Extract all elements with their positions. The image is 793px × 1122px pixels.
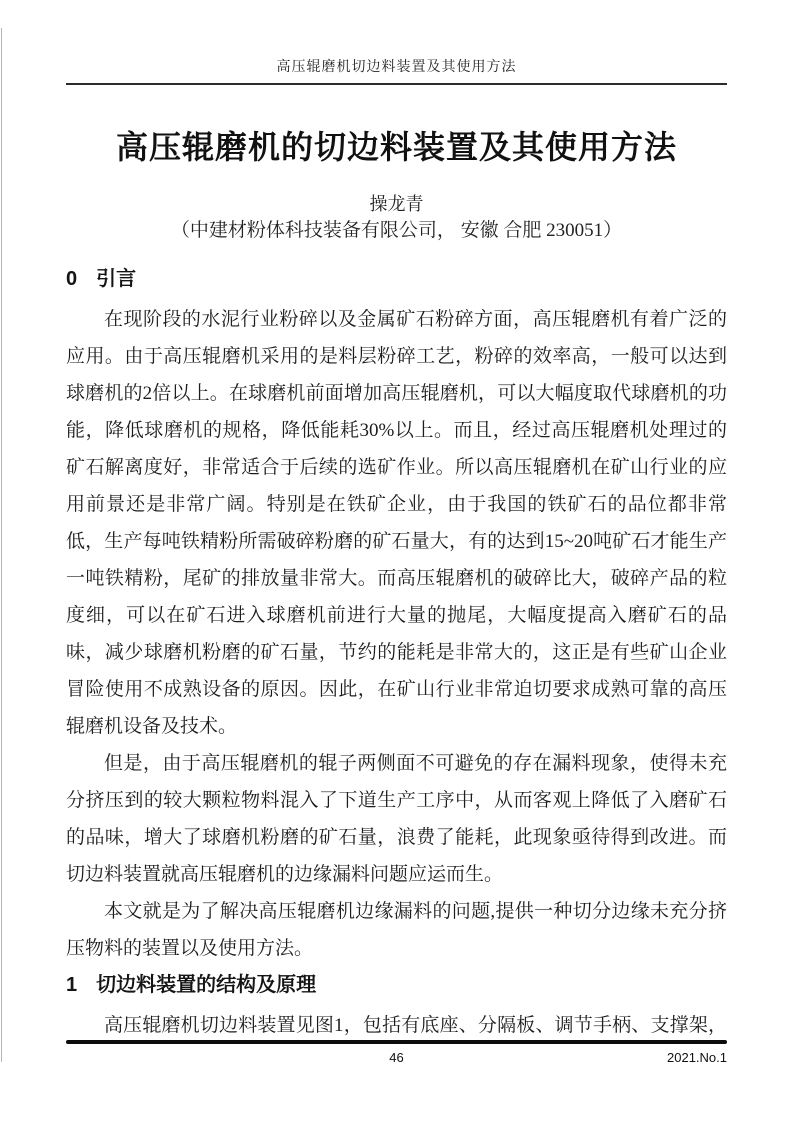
running-header: 高压辊磨机切边料装置及其使用方法 bbox=[66, 0, 727, 85]
scan-edge-artifact bbox=[1, 28, 2, 1062]
author-affiliation: （中建材粉体科技装备有限公司， 安徽 合肥 230051） bbox=[66, 218, 727, 244]
section-0-number: 0 bbox=[66, 265, 77, 293]
section-1-heading: 1切边料装置的结构及原理 bbox=[66, 971, 727, 999]
section-1-title: 切边料装置的结构及原理 bbox=[96, 974, 316, 996]
paragraph-intro-1: 在现阶段的水泥行业粉碎以及金属矿石粉碎方面，高压辊磨机有着广泛的应用。由于高压辊… bbox=[66, 301, 727, 745]
section-1-number: 1 bbox=[66, 971, 77, 999]
issue-label: 2021.No.1 bbox=[667, 1050, 727, 1065]
footer-rule bbox=[66, 1040, 727, 1044]
page-number: 46 bbox=[389, 1050, 403, 1065]
footer-row: 46 2021.No.1 bbox=[66, 1050, 727, 1068]
page-footer: 46 2021.No.1 bbox=[66, 1040, 727, 1122]
running-header-title: 高压辊磨机切边料装置及其使用方法 bbox=[66, 58, 727, 78]
section-introduction: 0引言 在现阶段的水泥行业粉碎以及金属矿石粉碎方面，高压辊磨机有着广泛的应用。由… bbox=[66, 265, 727, 967]
section-0-heading: 0引言 bbox=[66, 265, 727, 293]
author-name: 操龙青 bbox=[66, 193, 727, 215]
paragraph-intro-3: 本文就是为了解决高压辊磨机边缘漏料的问题,提供一种切分边缘未充分挤压物料的装置以… bbox=[66, 893, 727, 967]
paragraph-intro-2: 但是，由于高压辊磨机的辊子两侧面不可避免的存在漏料现象，使得未充分挤压到的较大颗… bbox=[66, 745, 727, 893]
document-page: 高压辊磨机切边料装置及其使用方法 高压辊磨机的切边料装置及其使用方法 操龙青 （… bbox=[0, 0, 793, 1122]
article-title: 高压辊磨机的切边料装置及其使用方法 bbox=[66, 127, 727, 167]
section-0-title: 引言 bbox=[96, 268, 136, 290]
